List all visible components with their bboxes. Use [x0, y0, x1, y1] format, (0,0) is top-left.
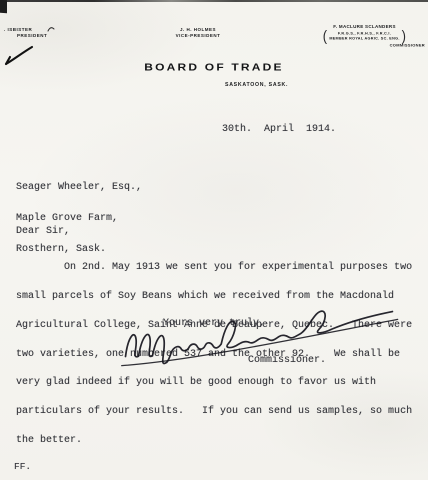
president-name: . ISBISTER — [4, 27, 74, 32]
body-line: very glad indeed if you will be good eno… — [16, 378, 412, 388]
letterhead-president-block: . ISBISTER PRESIDENT — [4, 27, 74, 38]
letter-date: 30th. April 1914. — [222, 124, 336, 135]
signer-title: Commissioner. — [248, 355, 326, 366]
commissioner-name: F. MACLURE SCLANDERS — [303, 24, 426, 29]
body-line: the better. — [16, 436, 412, 446]
close-paren-glyph: ) — [402, 29, 407, 43]
commissioner-title: COMMISSIONER — [303, 43, 426, 48]
vice-president-title: VICE-PRESIDENT — [148, 33, 248, 38]
letterhead-commissioner-block: F. MACLURE SCLANDERS ( F.R.G.S., F.R.H.S… — [303, 24, 426, 48]
pen-squiggle-mark — [47, 26, 55, 32]
open-paren-glyph: ( — [323, 29, 328, 43]
vice-president-name: J. H. HOLMES — [148, 27, 248, 32]
commissioner-credentials-group: ( F.R.G.S., F.R.H.S., F.R.C.I. MEMBER RO… — [303, 30, 426, 43]
pen-tick-mark — [3, 44, 37, 66]
typist-initials: FF. — [14, 461, 31, 472]
body-line: particulars of your results. If you can … — [16, 407, 412, 417]
recipient-name-line: Seager Wheeler, Esq., — [16, 183, 142, 193]
body-line: On 2nd. May 1913 we sent you for experim… — [16, 263, 412, 273]
scanned-letter-page: . ISBISTER PRESIDENT J. H. HOLMES VICE-P… — [0, 0, 428, 480]
organization-title: BOARD OF TRADE — [0, 61, 428, 73]
salutation: Dear Sir, — [16, 226, 70, 237]
scan-edge-artifact — [0, 0, 428, 2]
recipient-farm-line: Maple Grove Farm, — [16, 214, 142, 224]
commissioner-membership: MEMBER ROYAL AGRIC. SC. ENG. — [329, 36, 399, 41]
president-title: PRESIDENT — [4, 33, 74, 38]
letterhead-vice-president-block: J. H. HOLMES VICE-PRESIDENT — [148, 27, 248, 38]
organization-location: SASKATOON, SASK. — [225, 82, 298, 88]
scan-corner-artifact — [0, 0, 7, 13]
